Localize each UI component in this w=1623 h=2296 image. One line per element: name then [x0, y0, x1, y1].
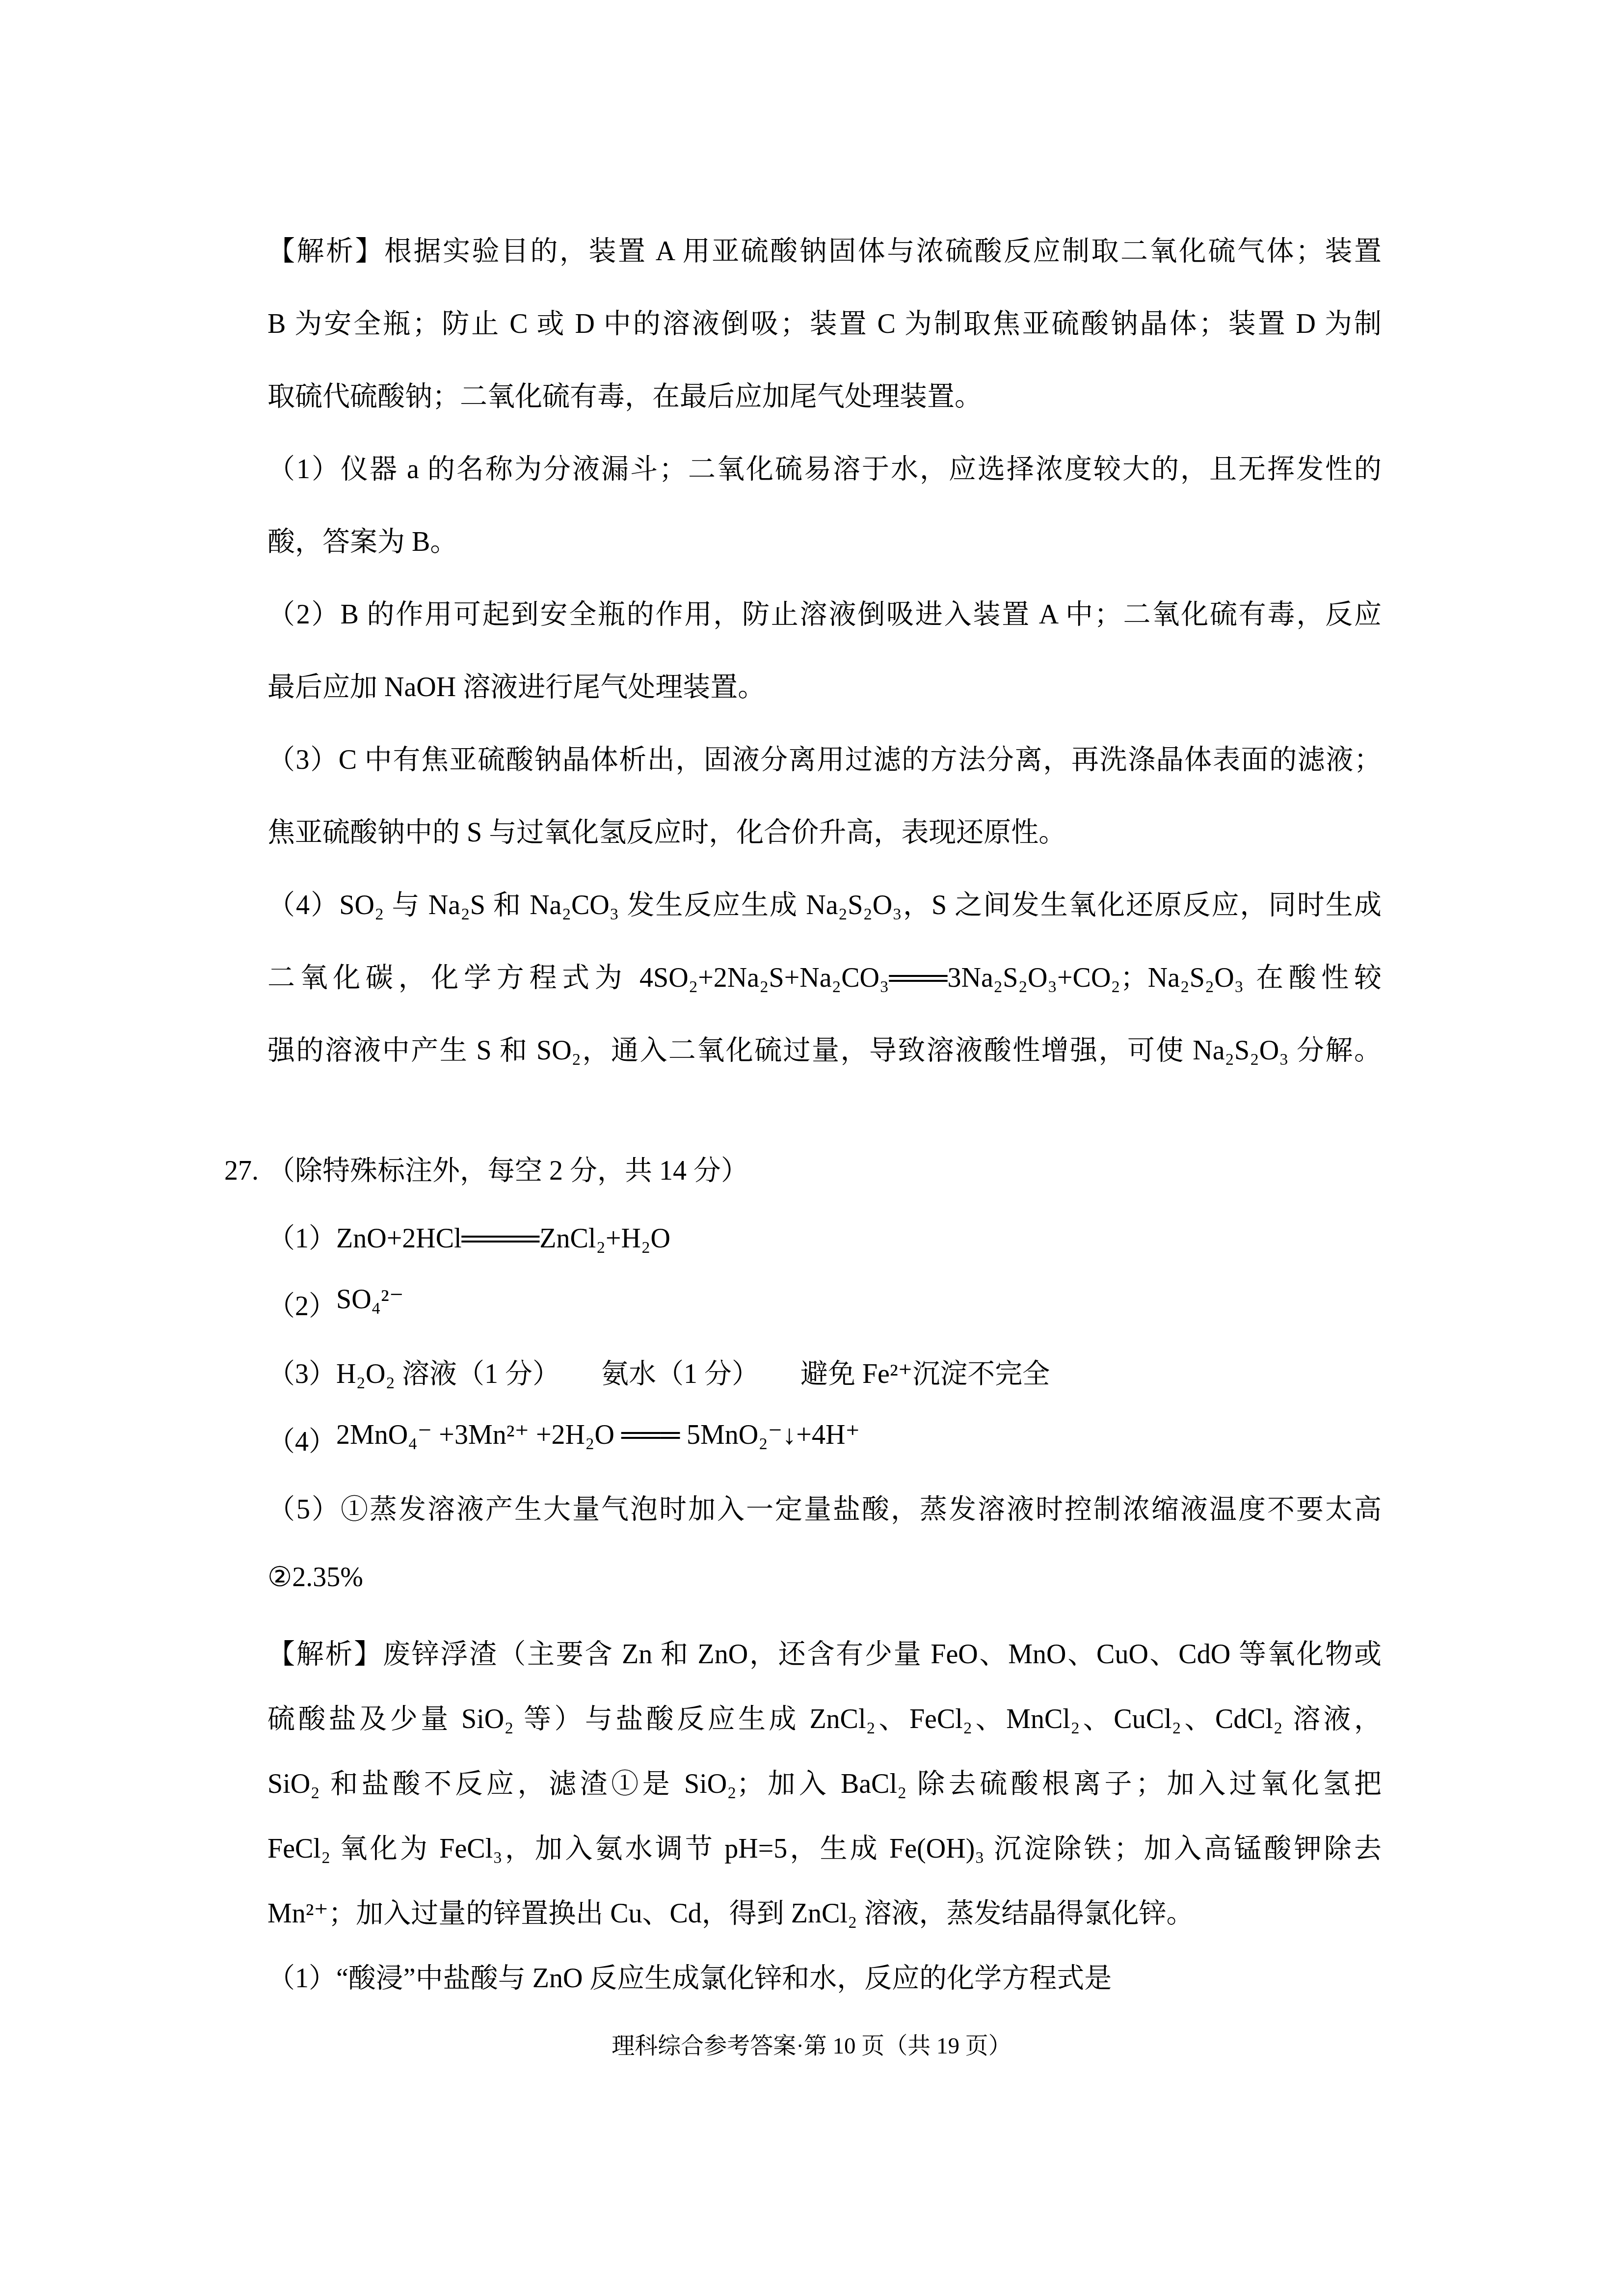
q27-analysis-paragraph: 【解析】废锌浮渣（主要含 Zn 和 ZnO，还含有少量 FeO、MnO、CuO、…	[267, 1622, 1382, 2011]
q26-answer-4-line: 强的溶液中产生 S 和 SO₂，通入二氧化硫过量，导致溶液酸性增强，可使 Na₂…	[267, 1014, 1382, 1087]
q27-header-line: 27.（除特殊标注外，每空 2 分，共 14 分）	[224, 1137, 1382, 1205]
q26-answer-3-line: 焦亚硫酸钠中的 S 与过氧化氢反应时，化合价升高，表现还原性。	[267, 796, 1382, 869]
footer-text: 理科综合参考答案·第 10 页（共 19 页）	[612, 2033, 1011, 2059]
q27-answer-2-formula: SO₄²⁻	[336, 1266, 403, 1333]
q26-answer-1-line: （1）仪器 a 的名称为分液漏斗；二氧化硫易溶于水，应选择浓度较大的，且无挥发性…	[267, 433, 1382, 506]
q27-answer-5-line: （5）①蒸发溶液产生大量气泡时加入一定量盐酸，蒸发溶液时控制浓缩液温度不要太高	[267, 1476, 1382, 1543]
q26-answer-4-line: 二氧化碳，化学方程式为 4SO₂+2Na₂S+Na₂CO₃═══3Na₂S₂O₃…	[267, 942, 1382, 1014]
q26-answer-4-line: （4）SO₂ 与 Na₂S 和 Na₂CO₃ 发生反应生成 Na₂S₂O₃，S …	[267, 869, 1382, 942]
q27-score-note: （除特殊标注外，每空 2 分，共 14 分）	[267, 1156, 748, 1186]
q27-analysis-line: 【解析】废锌浮渣（主要含 Zn 和 ZnO，还含有少量 FeO、MnO、CuO、…	[267, 1622, 1382, 1687]
q27-analysis-line: 硫酸盐及少量 SiO₂ 等）与盐酸反应生成 ZnCl₂、FeCl₂、MnCl₂、…	[267, 1687, 1382, 1752]
q27-answer-5b-line: ②2.35%	[267, 1543, 1382, 1611]
q26-analysis-paragraph: 【解析】根据实验目的，装置 A 用亚硫酸钠固体与浓硫酸反应制取二氧化硫气体；装置…	[267, 215, 1382, 1087]
q27-answer-2-line: （2）SO₄²⁻	[267, 1272, 1382, 1340]
q27-answer-4-label: （4）	[267, 1427, 336, 1457]
q26-answer-2-line: （2）B 的作用可起到安全瓶的作用，防止溶液倒吸进入装置 A 中；二氧化硫有毒，…	[267, 578, 1382, 651]
q27-number: 27.	[224, 1137, 259, 1205]
q26-answer-3-line: （3）C 中有焦亚硫酸钠晶体析出，固液分离用过滤的方法分离，再洗涤晶体表面的滤液…	[267, 724, 1382, 796]
q27-answer-block: 27.（除特殊标注外，每空 2 分，共 14 分） （1）ZnO+2HCl═══…	[267, 1137, 1382, 1611]
page-footer: 理科综合参考答案·第 10 页（共 19 页）	[0, 2031, 1623, 2061]
q27-analysis-line: Mn²⁺；加入过量的锌置换出 Cu、Cd，得到 ZnCl₂ 溶液，蒸发结晶得氯化…	[267, 1881, 1382, 1946]
q27-answer-3-line: （3）H₂O₂ 溶液（1 分） 氨水（1 分） 避免 Fe²⁺沉淀不完全	[267, 1340, 1382, 1408]
q26-analysis-line: 取硫代硫酸钠；二氧化硫有毒，在最后应加尾气处理装置。	[267, 360, 1382, 433]
q26-analysis-line: 【解析】根据实验目的，装置 A 用亚硫酸钠固体与浓硫酸反应制取二氧化硫气体；装置	[267, 215, 1382, 288]
q27-analysis-line: FeCl₂ 氧化为 FeCl₃，加入氨水调节 pH=5，生成 Fe(OH)₃ 沉…	[267, 1816, 1382, 1881]
document-body: 【解析】根据实验目的，装置 A 用亚硫酸钠固体与浓硫酸反应制取二氧化硫气体；装置…	[267, 215, 1382, 2011]
q26-answer-2-line: 最后应加 NaOH 溶液进行尾气处理装置。	[267, 651, 1382, 724]
q27-answer-2-label: （2）	[267, 1291, 336, 1322]
q27-analysis-line: SiO₂ 和盐酸不反应，滤渣①是 SiO₂；加入 BaCl₂ 除去硫酸根离子；加…	[267, 1752, 1382, 1816]
q26-answer-1-line: 酸，答案为 B。	[267, 506, 1382, 578]
q27-analysis-q1-line: （1）“酸浸”中盐酸与 ZnO 反应生成氯化锌和水，反应的化学方程式是	[267, 1946, 1382, 2011]
answer-sheet-page: 【解析】根据实验目的，装置 A 用亚硫酸钠固体与浓硫酸反应制取二氧化硫气体；装置…	[0, 0, 1623, 2296]
q27-answer-4-formula: 2MnO₄⁻ +3Mn²⁺ +2H₂O ═══ 5MnO₂⁻↓+4H⁺	[336, 1401, 860, 1469]
q27-answer-4-line: （4）2MnO₄⁻ +3Mn²⁺ +2H₂O ═══ 5MnO₂⁻↓+4H⁺	[267, 1408, 1382, 1476]
q26-analysis-line: B 为安全瓶；防止 C 或 D 中的溶液倒吸；装置 C 为制取焦亚硫酸钠晶体；装…	[267, 288, 1382, 360]
q27-answer-1-line: （1）ZnO+2HCl════ZnCl₂+H₂O	[267, 1205, 1382, 1272]
